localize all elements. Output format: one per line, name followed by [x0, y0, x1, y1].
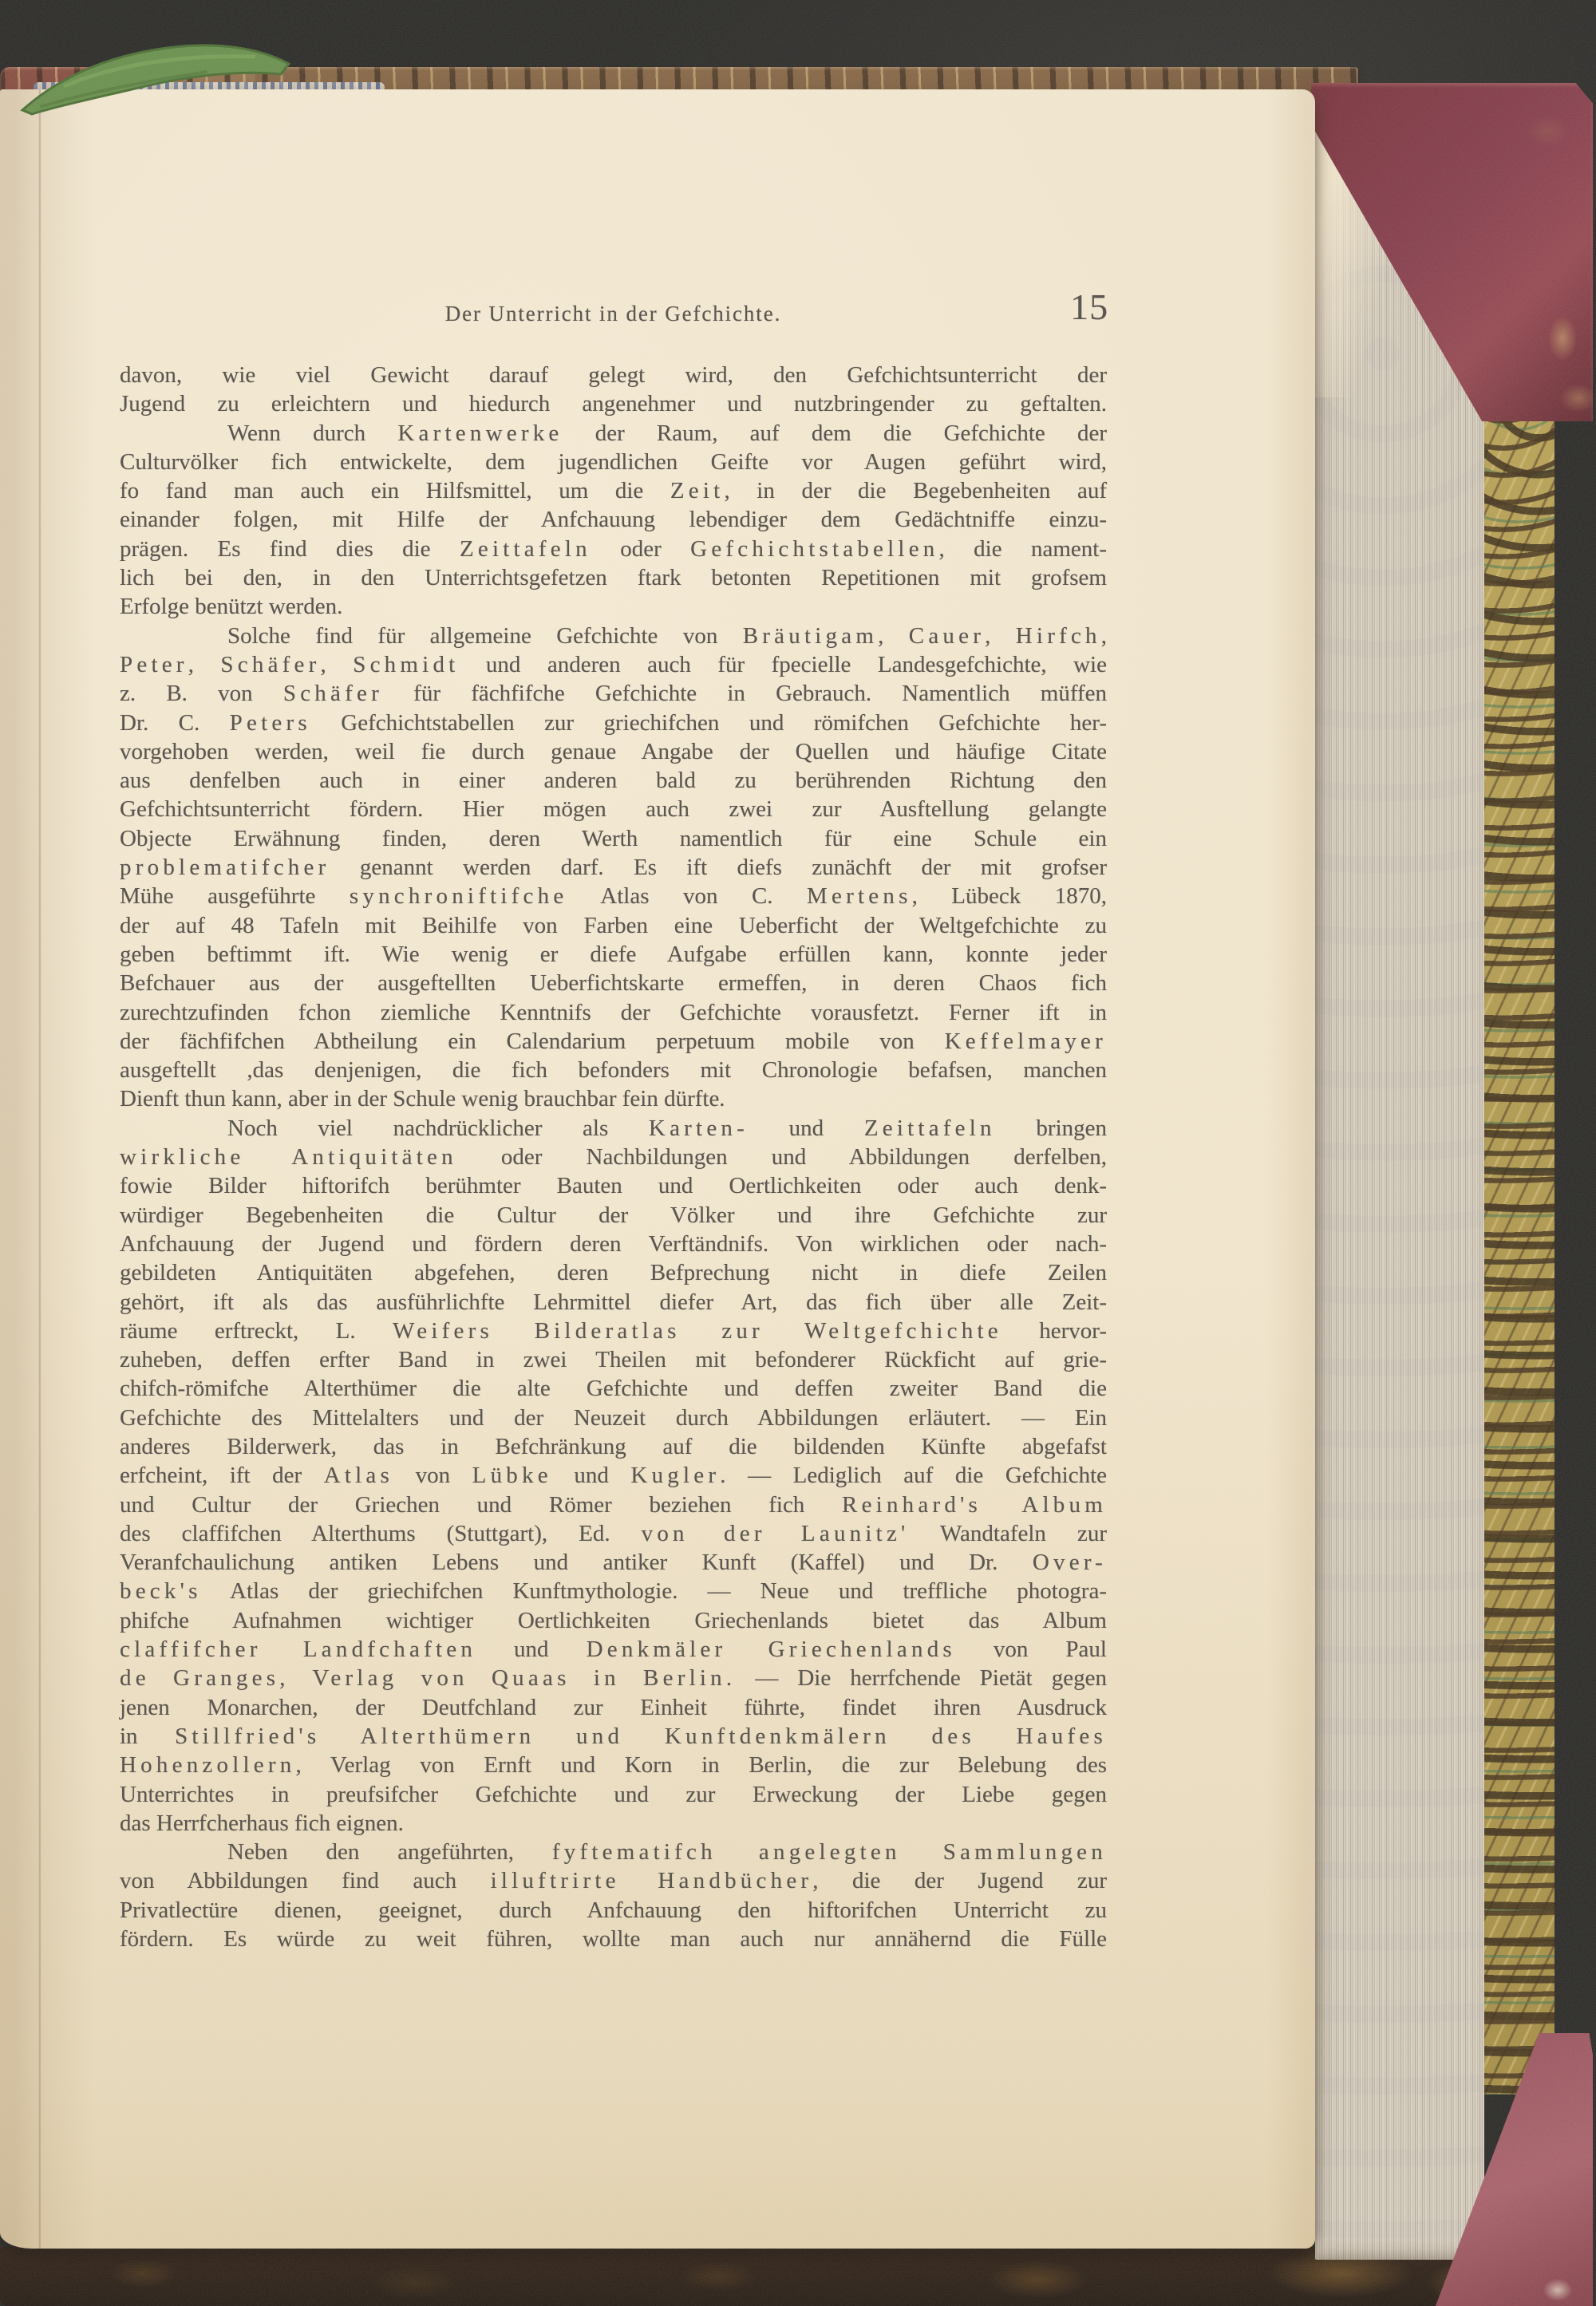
text-line: prägen. Es find dies die Zeittafeln oder… — [120, 535, 1107, 563]
running-header: Der Unterricht in der Gefchichte. 15 — [120, 297, 1107, 361]
text-line: und Cultur der Griechen und Römer bezieh… — [120, 1491, 1107, 1519]
text-column: Der Unterricht in der Gefchichte. 15 dav… — [120, 297, 1107, 1953]
page-number: 15 — [1070, 286, 1108, 328]
text-line: gebildeten Antiquitäten abgefehen, deren… — [120, 1258, 1107, 1287]
text-line: Solche find für allgemeine Gefchichte vo… — [120, 622, 1107, 650]
text-line: z. B. von Schäfer für fächfifche Gefchic… — [120, 679, 1107, 708]
text-line: Hohenzollern, Verlag von Ernft und Korn … — [120, 1751, 1107, 1779]
book-page: Der Unterricht in der Gefchichte. 15 dav… — [0, 89, 1315, 2249]
text-line: fowie Bilder hiftorifch berühmter Bauten… — [120, 1171, 1107, 1200]
text-line: claffifcher Landfchaften und Denkmäler G… — [120, 1635, 1107, 1664]
text-line: Privatlectüre dienen, geeignet, durch An… — [120, 1896, 1107, 1925]
text-line: Anfchauung der Jugend und fördern deren … — [120, 1230, 1107, 1258]
gutter-crease — [38, 89, 41, 2249]
text-line: wirkliche Antiquitäten oder Nachbildunge… — [120, 1143, 1107, 1171]
text-line: gehört, ift als das ausführlichfte Lehrm… — [120, 1288, 1107, 1317]
text-line: Noch viel nachdrücklicher als Karten- un… — [120, 1114, 1107, 1143]
text-line: anderes Bilderwerk, das in Befchränkung … — [120, 1432, 1107, 1461]
fore-edge-page-stack — [1315, 94, 1484, 2260]
text-line: fo fand man auch ein Hilfsmittel, um die… — [120, 476, 1107, 505]
text-line: Gefchichte des Mittelalters und der Neuz… — [120, 1404, 1107, 1432]
header-title: Der Unterricht in der Gefchichte. — [120, 297, 1107, 326]
ribbon-bookmark — [16, 30, 303, 118]
text-line: Peter, Schäfer, Schmidt und anderen auch… — [120, 650, 1107, 679]
text-line: jenen Monarchen, der Deutfchland zur Ein… — [120, 1693, 1107, 1722]
text-line: der fächfifchen Abtheilung ein Calendari… — [120, 1027, 1107, 1056]
text-line: würdiger Begebenheiten die Cultur der Vö… — [120, 1201, 1107, 1230]
text-line: Unterrichtes in preufsifcher Gefchichte … — [120, 1780, 1107, 1809]
text-line: Erfolge benützt werden. — [120, 592, 1107, 621]
text-line: aus denfelben auch in einer anderen bald… — [120, 766, 1107, 795]
text-line: von Abbildungen find auch illuftrirte Ha… — [120, 1866, 1107, 1895]
text-line: räume erftreckt, L. Weifers Bilderatlas … — [120, 1317, 1107, 1345]
text-line: Veranfchaulichung antiken Lebens und ant… — [120, 1548, 1107, 1577]
text-line: Objecte Erwähnung finden, deren Werth na… — [120, 824, 1107, 853]
text-line: in Stillfried's Alterthümern und Kunftde… — [120, 1722, 1107, 1751]
marbled-cover-edge — [1481, 343, 1555, 2095]
text-line: vorgehoben werden, weil fie durch genaue… — [120, 737, 1107, 766]
text-line: einander folgen, mit Hilfe der Anfchauun… — [120, 505, 1107, 534]
text-line: das Herrfcherhaus fich eignen. — [120, 1809, 1107, 1838]
text-line: erfcheint, ift der Atlas von Lübke und K… — [120, 1461, 1107, 1490]
text-line: Neben den angeführten, fyftematifch ange… — [120, 1838, 1107, 1866]
text-line: Jugend zu erleichtern und hiedurch angen… — [120, 389, 1107, 418]
text-line: problematifcher genannt werden darf. Es … — [120, 853, 1107, 882]
text-line: geben beftimmt ift. Wie wenig er diefe A… — [120, 940, 1107, 969]
text-line: Culturvölker fich entwickelte, dem jugen… — [120, 448, 1107, 476]
scanned-book-page-scene: Der Unterricht in der Gefchichte. 15 dav… — [0, 0, 1596, 2306]
text-line: Mühe ausgeführte synchroniftifche Atlas … — [120, 882, 1107, 910]
text-line: fördern. Es würde zu weit führen, wollte… — [120, 1925, 1107, 1953]
text-line: Wenn durch Kartenwerke der Raum, auf dem… — [120, 419, 1107, 448]
text-line: beck's Atlas der griechifchen Kunftmytho… — [120, 1577, 1107, 1605]
text-line: lich bei den, in den Unterrichtsgefetzen… — [120, 563, 1107, 592]
text-line: Befchauer aus der ausgeftellten Ueberfic… — [120, 969, 1107, 997]
text-line: chifch-römifche Alterthümer die alte Gef… — [120, 1374, 1107, 1403]
text-line: zurechtzufinden fchon ziemliche Kenntnif… — [120, 998, 1107, 1027]
text-lines: davon, wie viel Gewicht darauf gelegt wi… — [120, 361, 1107, 1953]
text-line: davon, wie viel Gewicht darauf gelegt wi… — [120, 361, 1107, 389]
text-line: Gefchichtsunterricht fördern. Hier mögen… — [120, 795, 1107, 823]
text-line: phifche Aufnahmen wichtiger Oertlichkeit… — [120, 1606, 1107, 1635]
text-line: Dienft thun kann, aber in der Schule wen… — [120, 1084, 1107, 1113]
text-line: zuheben, deffen erfter Band in zwei Thei… — [120, 1345, 1107, 1374]
text-line: Dr. C. Peters Gefchichtstabellen zur gri… — [120, 709, 1107, 737]
text-line: de Granges, Verlag von Quaas in Berlin. … — [120, 1664, 1107, 1692]
text-line: des claffifchen Alterthums (Stuttgart), … — [120, 1519, 1107, 1548]
text-line: der auf 48 Tafeln mit Beihilfe von Farbe… — [120, 911, 1107, 940]
text-line: ausgeftellt ,das denjenigen, die fich be… — [120, 1056, 1107, 1084]
